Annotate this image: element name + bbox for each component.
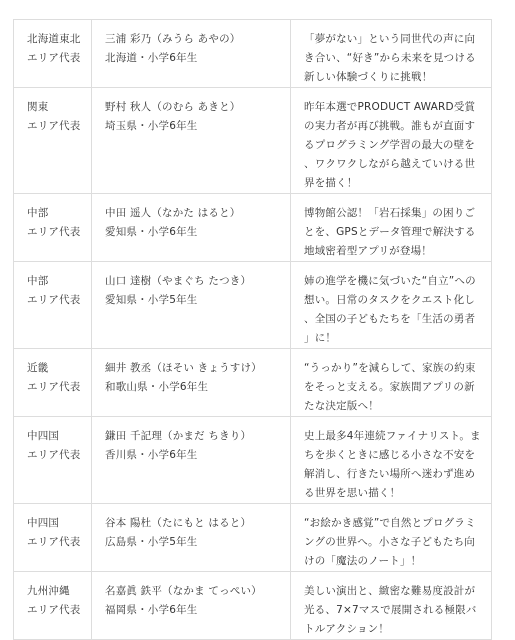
representative-label: エリア代表 [27,533,91,552]
region-label: 北海道東北 [27,30,91,49]
region-label: 近畿 [27,359,91,378]
student-affiliation: 北海道・小学6年生 [105,49,290,68]
representative-label: エリア代表 [27,49,91,68]
student-name: 三浦 彩乃（みうら あやの） [105,30,290,49]
student-name: 野村 秋人（のむら あきと） [105,98,290,117]
person-cell: 細井 教丞（ほそい きょうすけ） 和歌山県・小学6年生 [92,349,291,417]
table-row: 中四国 エリア代表 谷本 陽杜（たにもと はると） 広島県・小学5年生 “お絵か… [14,504,492,572]
description-cell: 博物館公認！「岩石採集」の困りご とを、GPSとデータ管理で解決する 地域密着型… [291,194,492,262]
description-cell: “うっかり”を減らして、家族の約束 をそっと支える。家族間アプリの新 たな決定版… [291,349,492,417]
student-affiliation: 埼玉県・小学6年生 [105,117,290,136]
description-cell: 姉の進学を機に気づいた“自立”への 想い。日常のタスクをクエスト化し 、全国の子… [291,262,492,349]
area-cell: 近畿 エリア代表 [14,349,92,417]
student-affiliation: 愛知県・小学6年生 [105,223,290,242]
representative-label: エリア代表 [27,223,91,242]
student-name: 鎌田 千記理（かまだ ちきり） [105,427,290,446]
description-line: 界を描く！ [304,174,473,193]
area-cell: 中部 エリア代表 [14,194,92,262]
representative-label: エリア代表 [27,378,91,397]
description-line: 想い。日常のタスクをクエスト化し [304,291,473,310]
description-line: 、全国の子どもたちを「生活の勇者 [304,310,473,329]
representative-label: エリア代表 [27,446,91,465]
description-line: 新しい体験づくりに挑戦！ [304,68,473,87]
description-line: ちを歩くときに感じる小さな不安を [304,446,473,465]
description-line: 「夢がない」という同世代の声に向 [304,30,473,49]
student-name: 谷本 陽杜（たにもと はると） [105,514,290,533]
representative-label: エリア代表 [27,291,91,310]
description-line: 博物館公認！「岩石採集」の困りご [304,204,473,223]
table-row: 近畿 エリア代表 細井 教丞（ほそい きょうすけ） 和歌山県・小学6年生 “うっ… [14,349,492,417]
representative-label: エリア代表 [27,601,91,620]
person-cell: 野村 秋人（のむら あきと） 埼玉県・小学6年生 [92,88,291,194]
person-cell: 三浦 彩乃（みうら あやの） 北海道・小学6年生 [92,20,291,88]
area-cell: 中四国 エリア代表 [14,417,92,504]
region-label: 九州沖縄 [27,582,91,601]
table-row: 中部 エリア代表 中田 遥人（なかた はると） 愛知県・小学6年生 博物館公認！… [14,194,492,262]
area-cell: 中四国 エリア代表 [14,504,92,572]
description-line: ングの世界へ。小さな子どもたち向 [304,533,473,552]
area-cell: 関東 エリア代表 [14,88,92,194]
person-cell: 鎌田 千記理（かまだ ちきり） 香川県・小学6年生 [92,417,291,504]
person-cell: 名嘉眞 鉄平（なかま てっぺい） 福岡県・小学6年生 [92,572,291,640]
region-label: 中部 [27,204,91,223]
student-affiliation: 和歌山県・小学6年生 [105,378,290,397]
description-line: 美しい演出と、緻密な難易度設計が [304,582,473,601]
description-line: たな決定版へ！ [304,397,473,416]
description-line: “うっかり”を減らして、家族の約束 [304,359,473,378]
description-line: 地域密着型アプリが登場！ [304,242,473,261]
person-cell: 谷本 陽杜（たにもと はると） 広島県・小学5年生 [92,504,291,572]
description-line: るプログラミング学習の最大の壁を [304,136,473,155]
student-name: 名嘉眞 鉄平（なかま てっぺい） [105,582,290,601]
table-row: 中部 エリア代表 山口 達樹（やまぐち たつき） 愛知県・小学5年生 姉の進学を… [14,262,492,349]
description-line: 姉の進学を機に気づいた“自立”への [304,272,473,291]
description-cell: 美しい演出と、緻密な難易度設計が 光る、7×7マスで展開される極限バ トルアクシ… [291,572,492,640]
description-line: 昨年本選でPRODUCT AWARD受賞 [304,98,473,117]
student-name: 中田 遥人（なかた はると） [105,204,290,223]
student-affiliation: 愛知県・小学5年生 [105,291,290,310]
student-affiliation: 広島県・小学5年生 [105,533,290,552]
student-affiliation: 福岡県・小学6年生 [105,601,290,620]
description-cell: 「夢がない」という同世代の声に向 き合い、“好き”から未来を見つける 新しい体験… [291,20,492,88]
area-cell: 中部 エリア代表 [14,262,92,349]
table-row: 北海道東北 エリア代表 三浦 彩乃（みうら あやの） 北海道・小学6年生 「夢が… [14,20,492,88]
person-cell: 山口 達樹（やまぐち たつき） 愛知県・小学5年生 [92,262,291,349]
description-line: とを、GPSとデータ管理で解決する [304,223,473,242]
description-cell: “お絵かき感覚”で自然とプログラミ ングの世界へ。小さな子どもたち向 けの「魔法… [291,504,492,572]
person-cell: 中田 遥人（なかた はると） 愛知県・小学6年生 [92,194,291,262]
description-line: “お絵かき感覚”で自然とプログラミ [304,514,473,533]
description-line: る世界を思い描く！ [304,484,473,503]
table-row: 関東 エリア代表 野村 秋人（のむら あきと） 埼玉県・小学6年生 昨年本選でP… [14,88,492,194]
description-line: 解消し、行きたい場所へ迷わず進め [304,465,473,484]
representatives-table: 北海道東北 エリア代表 三浦 彩乃（みうら あやの） 北海道・小学6年生 「夢が… [13,19,492,640]
description-line: 史上最多4年連続ファイナリスト。ま [304,427,473,446]
student-name: 細井 教丞（ほそい きょうすけ） [105,359,290,378]
representative-label: エリア代表 [27,117,91,136]
student-affiliation: 香川県・小学6年生 [105,446,290,465]
table-row: 九州沖縄 エリア代表 名嘉眞 鉄平（なかま てっぺい） 福岡県・小学6年生 美し… [14,572,492,640]
description-cell: 昨年本選でPRODUCT AWARD受賞 の実力者が再び挑戦。誰もが直面す るプ… [291,88,492,194]
description-line: 光る、7×7マスで展開される極限バ [304,601,473,620]
description-line: 、ワクワクしながら越えていける世 [304,155,473,174]
area-cell: 北海道東北 エリア代表 [14,20,92,88]
description-line: トルアクション！ [304,620,473,639]
region-label: 中四国 [27,514,91,533]
table-row: 中四国 エリア代表 鎌田 千記理（かまだ ちきり） 香川県・小学6年生 史上最多… [14,417,492,504]
description-line: をそっと支える。家族間アプリの新 [304,378,473,397]
description-line: の実力者が再び挑戦。誰もが直面す [304,117,473,136]
region-label: 関東 [27,98,91,117]
student-name: 山口 達樹（やまぐち たつき） [105,272,290,291]
region-label: 中部 [27,272,91,291]
description-line: けの「魔法のノート」！ [304,552,473,571]
region-label: 中四国 [27,427,91,446]
area-cell: 九州沖縄 エリア代表 [14,572,92,640]
description-cell: 史上最多4年連続ファイナリスト。ま ちを歩くときに感じる小さな不安を 解消し、行… [291,417,492,504]
description-line: き合い、“好き”から未来を見つける [304,49,473,68]
description-line: 」に！ [304,329,473,348]
